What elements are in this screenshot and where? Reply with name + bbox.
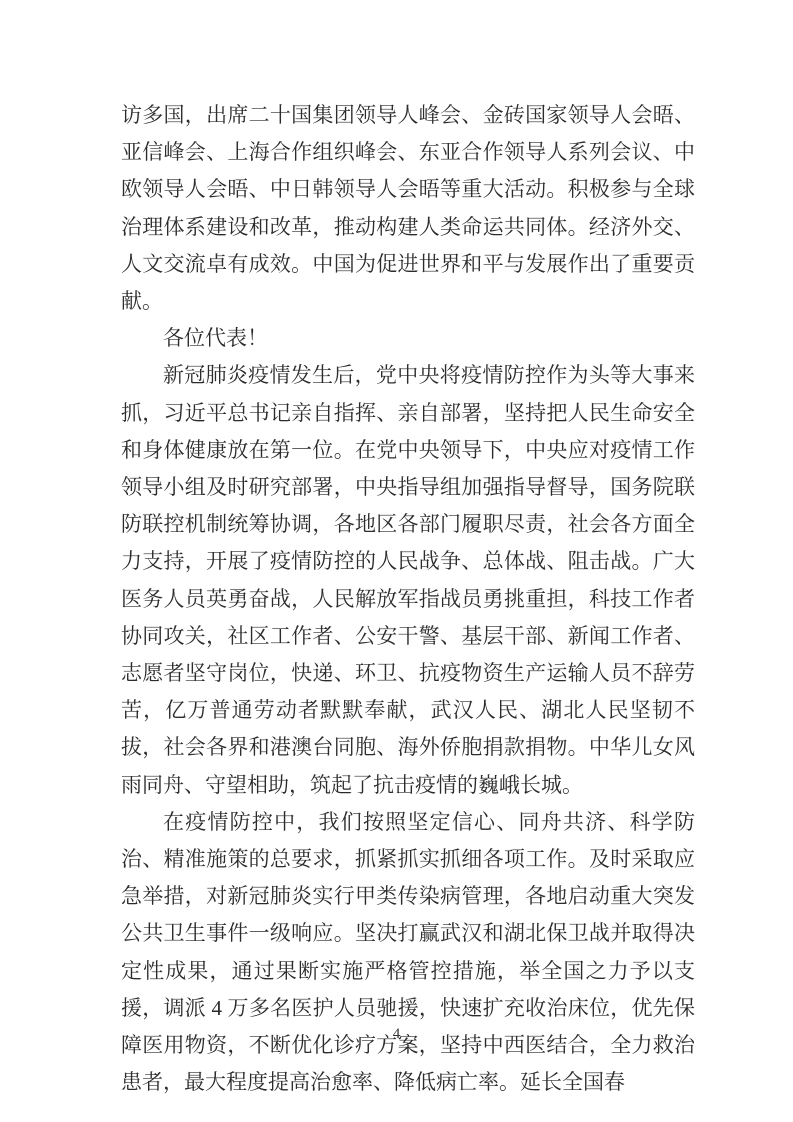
document-page: 访多国，出席二十国集团领导人峰会、金砖国家领导人会晤、亚信峰会、上海合作组织峰会… [0,0,793,1122]
paragraph-salutation: 各位代表！ [121,320,695,357]
paragraph-epidemic-measures: 在疫情防控中，我们按照坚定信心、同舟共济、科学防治、精准施策的总要求，抓紧抓实抓… [121,804,695,1102]
document-body: 访多国，出席二十国集团领导人峰会、金砖国家领导人会晤、亚信峰会、上海合作组织峰会… [121,97,695,1101]
paragraph-epidemic-response: 新冠肺炎疫情发生后，党中央将疫情防控作为头等大事来抓，习近平总书记亲自指挥、亲自… [121,357,695,803]
page-number: 4 [0,1024,793,1044]
paragraph-continuation: 访多国，出席二十国集团领导人峰会、金砖国家领导人会晤、亚信峰会、上海合作组织峰会… [121,97,695,320]
